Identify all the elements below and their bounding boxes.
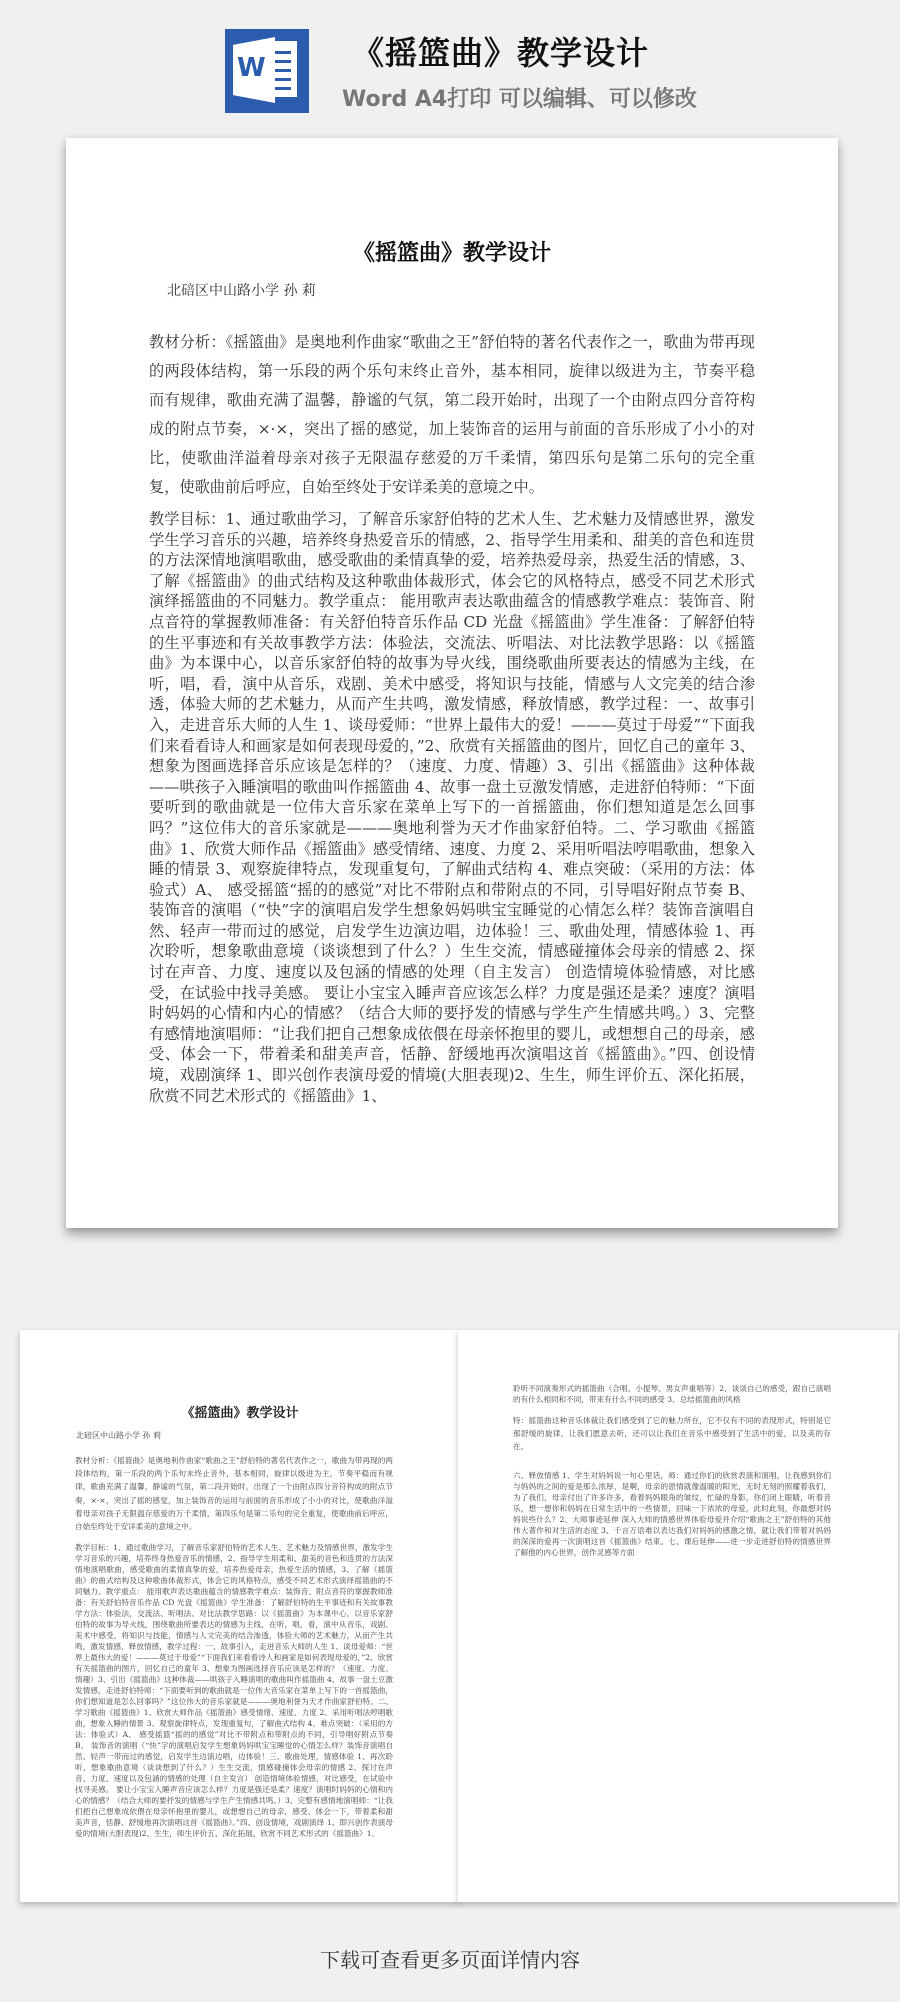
teaching-goals-paragraph: 教学目标：1、通过歌曲学习，了解音乐家舒伯特的艺术人生、艺术魅力及情感世界，激发… <box>149 509 755 1106</box>
banner-subtitle: Word A4打印 可以编辑、可以修改 <box>342 82 697 113</box>
page-thumbnail-2[interactable]: 聆听不同演奏形式的摇篮曲（合唱、小提琴、男女声重唱等）2、谈谈自己的感受，跟自己… <box>458 1330 898 1902</box>
thumbnail-title: 《摇篮曲》教学设计 <box>20 1402 460 1421</box>
page-thumbnail-1[interactable]: 《摇篮曲》教学设计 北碚区中山路小学 孙 莉 教材分析：《摇篮曲》是奥地利作曲家… <box>20 1330 460 1902</box>
banner-title: 《摇篮曲》教学设计 <box>352 28 649 74</box>
thumbnail-paragraph: 六、释放情感 1、学生对妈妈说一句心里话，师：通过你们的欣赏表演和演唱，让我感到… <box>513 1470 831 1558</box>
document-page-preview: 《摇篮曲》教学设计 北碚区中山路小学 孙 莉 教材分析：《摇篮曲》是奥地利作曲家… <box>66 138 838 1228</box>
thumbnail-paragraph: 特：摇篮曲这种音乐体裁让我们感受到了它的魅力所在，它不仅有不同的表现形式，特别是… <box>513 1414 831 1453</box>
thumbnail-analysis-text: 教材分析：《摇篮曲》是奥地利作曲家“歌曲之王”舒伯特的著名代表作之一，歌曲为带再… <box>75 1454 393 1533</box>
thumbnail-author: 北碚区中山路小学 孙 莉 <box>76 1430 161 1441</box>
document-title: 《摇篮曲》教学设计 <box>66 236 838 267</box>
material-analysis-paragraph: 教材分析：《摇篮曲》是奥地利作曲家“歌曲之王”舒伯特的著名代表作之一，歌曲为带再… <box>149 328 755 502</box>
word-letter: W <box>237 53 266 83</box>
thumbnail-paragraph: 聆听不同演奏形式的摇篮曲（合唱、小提琴、男女声重唱等）2、谈谈自己的感受，跟自己… <box>513 1384 831 1405</box>
download-more-link[interactable]: 下载可查看更多页面详情内容 <box>0 1944 900 1973</box>
word-document-icon: W <box>225 29 309 113</box>
header-banner: W 《摇篮曲》教学设计 Word A4打印 可以编辑、可以修改 <box>0 0 900 118</box>
thumbnail-goals-text: 教学目标：1、通过歌曲学习，了解音乐家舒伯特的艺术人生、艺术魅力及情感世界，激发… <box>75 1542 393 1839</box>
document-author: 北碚区中山路小学 孙 莉 <box>167 280 316 300</box>
